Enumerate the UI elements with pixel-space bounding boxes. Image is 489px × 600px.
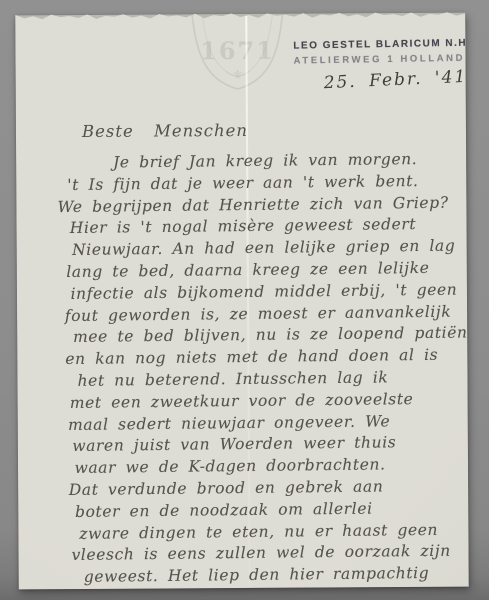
letter-paper: 1671 ⚜ LEO GESTEL BLARICUM N.H ATELIERWE… xyxy=(15,12,469,590)
letter-line: en kan nog niets met de hand doen al is xyxy=(65,345,461,371)
stamp-street-line: ATELIERWEG 1 HOLLAND xyxy=(294,51,469,68)
studio-address-stamp: LEO GESTEL BLARICUM N.H ATELIERWEG 1 HOL… xyxy=(293,37,468,68)
letter-greeting: Beste Menschen xyxy=(82,121,248,141)
embossed-crest-watermark-icon: 1671 ⚜ xyxy=(185,13,290,124)
letter-line: geweest. Het liep den hier rampachtig xyxy=(84,563,464,589)
letter-line: met een zweetkuur voor de zooveelste xyxy=(70,388,462,414)
photo-background: 1671 ⚜ LEO GESTEL BLARICUM N.H ATELIERWE… xyxy=(0,0,489,600)
watermark-ornament-icon: ⚜ xyxy=(232,68,244,83)
letter-body: Je brief Jan kreeg ik van morgen. 't Is … xyxy=(41,149,464,590)
watermark-year-text: 1671 xyxy=(200,36,275,65)
handwritten-date: 25. Febr. '41 xyxy=(323,67,467,93)
